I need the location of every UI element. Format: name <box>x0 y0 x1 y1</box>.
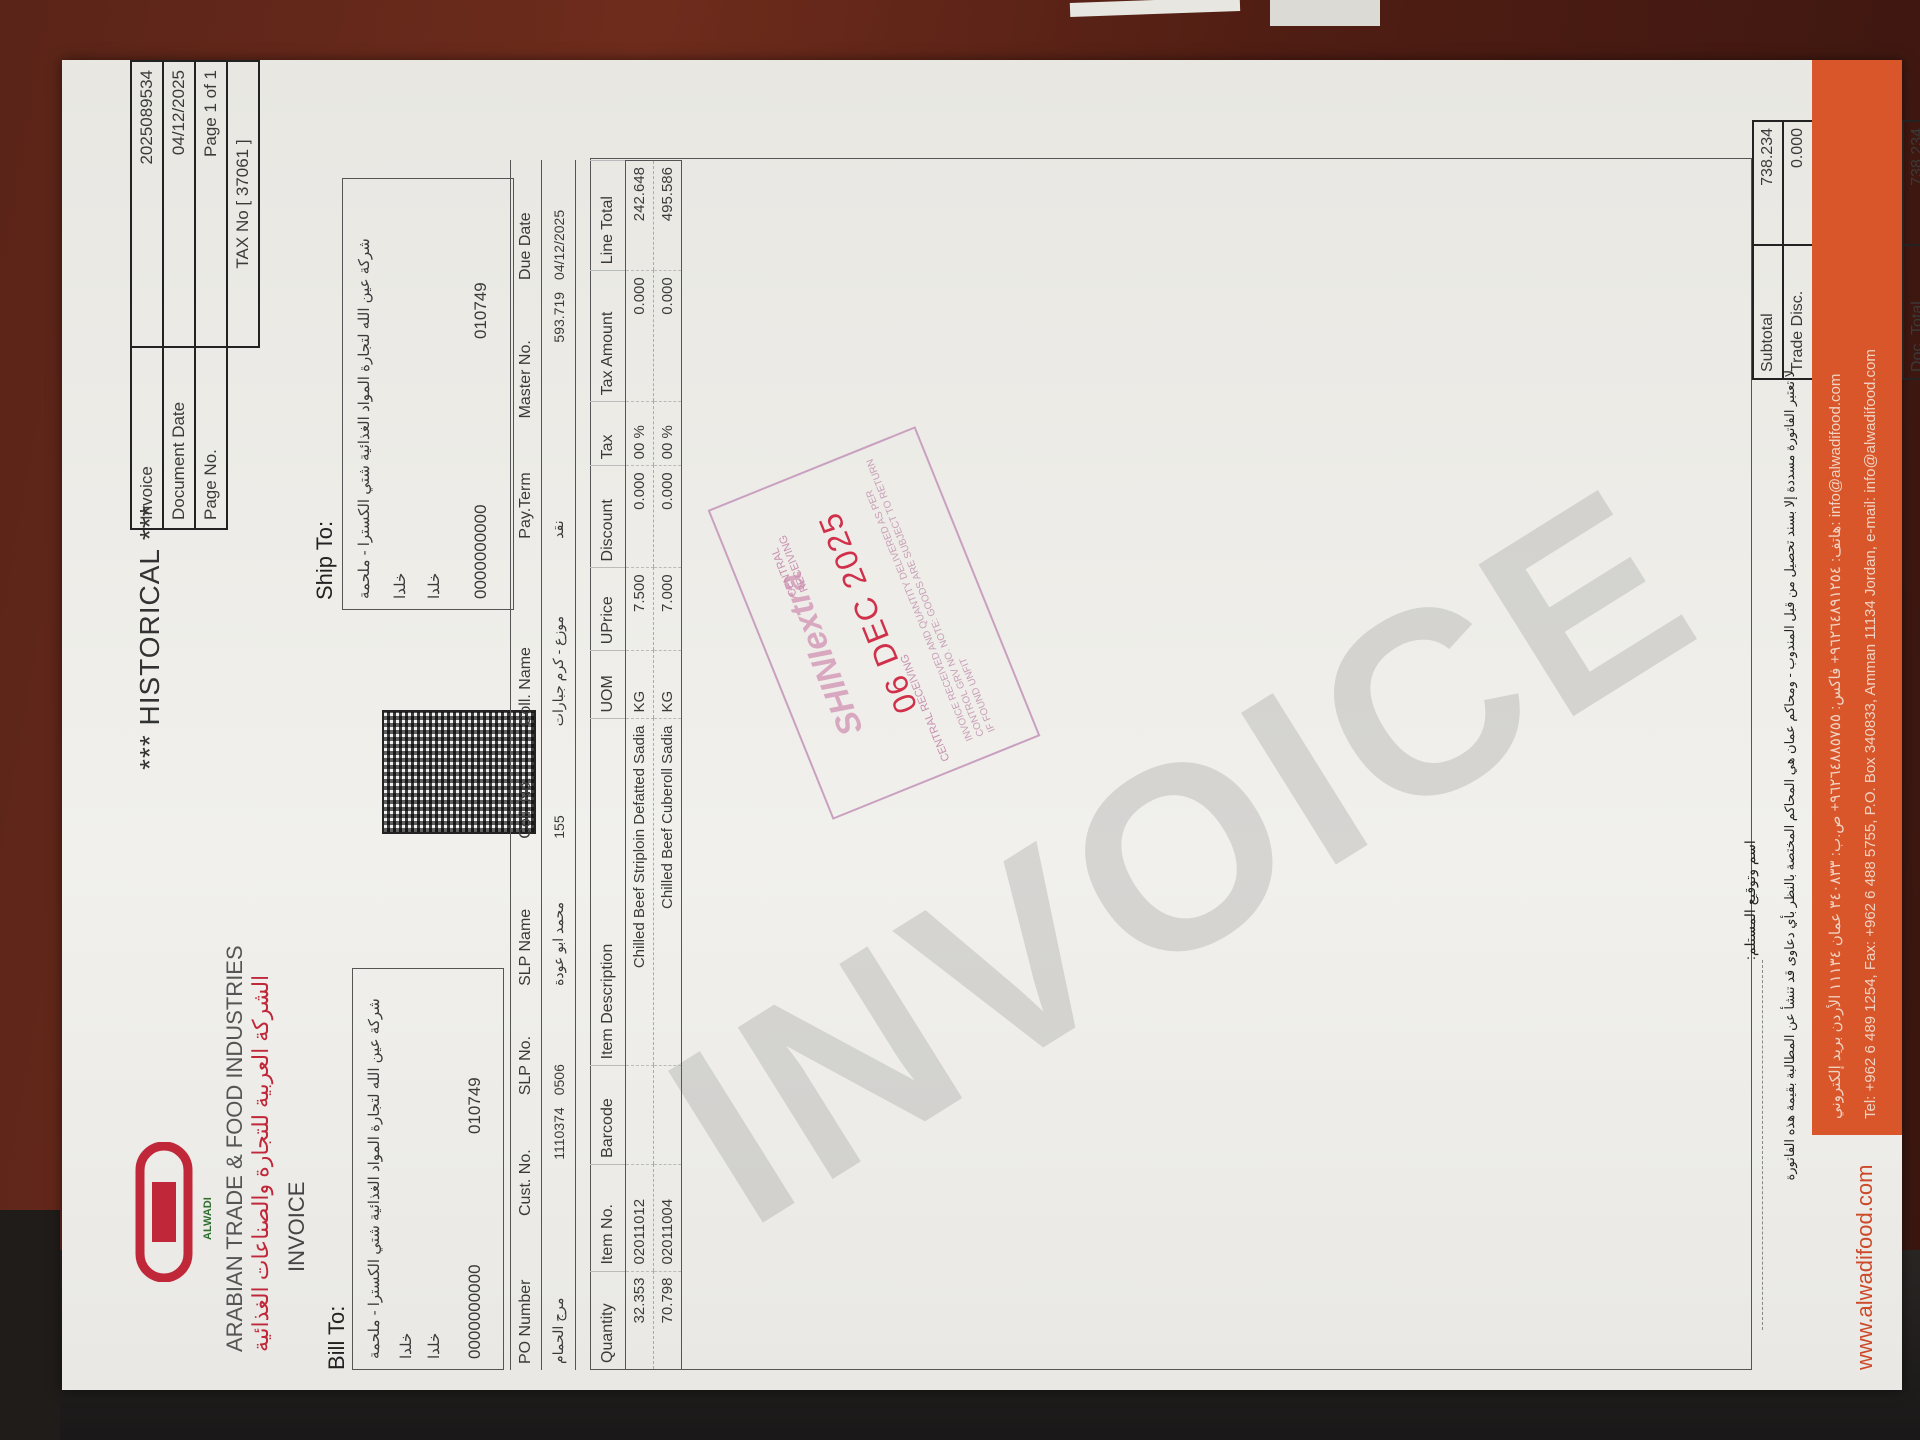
totals-row: Trade Disc.0.000 <box>1783 121 1813 379</box>
disclaimer: لا تعتبر الفاتورة مسددة إلا بسند تحصيل م… <box>1782 370 1798 1370</box>
paper-scrap <box>1070 0 1240 17</box>
item-cell: 7.000 <box>654 568 682 651</box>
item-cell: 7.500 <box>626 568 654 651</box>
table-row: 32.35302011012Chilled Beef Striploin Def… <box>626 161 654 1370</box>
invoice-photo: INVOICE ALWADI ARABIAN TRADE & FOOD INDU… <box>62 60 1902 1390</box>
info-header: Cust. No. <box>511 1101 542 1222</box>
info-value: 0506 <box>542 992 576 1101</box>
info-header: SLP Name <box>511 845 542 992</box>
totals-row: Subtotal738.234 <box>1753 121 1783 379</box>
info-value: مرج الحمام <box>542 1222 576 1370</box>
invoice-number: 2025089534 <box>131 61 163 347</box>
totals-label: Subtotal <box>1753 245 1783 379</box>
info-value: 593.719 <box>542 286 576 424</box>
tax-number: TAX No [ 37061 ] <box>227 61 259 347</box>
paper-scrap <box>1270 0 1380 26</box>
info-value: 04/12/2025 <box>542 160 576 286</box>
bill-to-box: شركة عين الله لتجارة المواد الغذائية شتي… <box>352 968 504 1370</box>
item-cell: 70.798 <box>654 1271 682 1369</box>
logo-subtitle: ALWADI <box>202 1197 214 1240</box>
ship-to-label: Ship To: <box>312 521 338 600</box>
item-cell: 0.000 <box>654 466 682 568</box>
bill-to-line2: خلدا <box>397 979 415 1359</box>
document-date: 04/12/2025 <box>163 61 195 347</box>
alwadi-logo-icon <box>132 1142 196 1282</box>
info-header: Master No. <box>511 286 542 424</box>
invoice-meta-table: Invoice 2025089534 Document Date 04/12/2… <box>130 60 260 530</box>
background-shadow <box>0 1210 60 1440</box>
table-row: 70.79802011004Chilled Beef Cuberoll Sadi… <box>654 161 682 1370</box>
item-cell: 242.648 <box>626 161 654 271</box>
info-header: SLP No. <box>511 992 542 1101</box>
item-cell: 02011012 <box>626 1164 654 1271</box>
item-cell <box>626 1066 654 1164</box>
ship-to-box: شركة عين الله لتجارة المواد الغذائية شتي… <box>342 178 514 610</box>
signature-line <box>1762 960 1763 1330</box>
item-cell: 0.000 <box>626 271 654 402</box>
ship-to-name: شركة عين الله لتجارة المواد الغذائية شتي… <box>355 189 373 599</box>
page-label: Page No. <box>195 347 227 529</box>
item-header: Item No. <box>591 1164 626 1271</box>
company-name-ar: الشركة العربية للتجارة والصناعات الغذائي… <box>248 975 274 1352</box>
info-value: 1110374 <box>542 1101 576 1222</box>
item-header: UOM <box>591 651 626 719</box>
info-header: Coll. No. <box>511 732 542 845</box>
bill-to-name: شركة عين الله لتجارة المواد الغذائية شتي… <box>365 979 383 1359</box>
info-header: Due Date <box>511 160 542 286</box>
item-cell: KG <box>654 651 682 719</box>
item-cell: 0.000 <box>626 466 654 568</box>
ship-to-line3: خلدا <box>425 219 443 599</box>
company-name-en: ARABIAN TRADE & FOOD INDUSTRIES <box>222 945 248 1352</box>
ship-to-account: 010749 <box>471 282 491 339</box>
item-cell: 32.353 <box>626 1271 654 1369</box>
bill-to-line3: خلدا <box>425 979 443 1359</box>
invoice-page: INVOICE ALWADI ARABIAN TRADE & FOOD INDU… <box>62 60 1902 1390</box>
item-header: Tax <box>591 402 626 466</box>
item-cell: Chilled Beef Cuberoll Sadia <box>654 719 682 1066</box>
item-cell: KG <box>626 651 654 719</box>
totals-row: Doc. Total738.234 <box>1903 121 1920 379</box>
document-title: INVOICE <box>284 1182 310 1272</box>
invoice-label: Invoice <box>131 347 163 529</box>
info-value: نقد <box>542 424 576 544</box>
item-cell: 00 % <box>626 402 654 466</box>
item-header: UPrice <box>591 568 626 651</box>
totals-label: Trade Disc. <box>1783 245 1813 379</box>
item-header: Tax Amount <box>591 271 626 402</box>
historical-banner: *** HISTORICAL *** <box>134 505 166 770</box>
bill-to-code: 0000000000 <box>465 1264 485 1359</box>
totals-value: 0.000 <box>1783 121 1813 245</box>
item-cell: 0.000 <box>654 271 682 402</box>
item-cell <box>654 1066 682 1164</box>
line-items-table: QuantityItem No.BarcodeItem DescriptionU… <box>590 160 682 1370</box>
item-header: Line Total <box>591 161 626 271</box>
ship-to-line2: خلدا <box>391 219 409 599</box>
info-header: Pay.Term <box>511 424 542 544</box>
document-date-label: Document Date <box>163 347 195 529</box>
ship-to-code: 0000000000 <box>471 504 491 599</box>
item-cell: 00 % <box>654 402 682 466</box>
totals-label: Doc. Total <box>1903 245 1920 379</box>
footer-contact-ar: هاتف: ٩٦٢٦٤٨٩١٢٥٤+ فاكس: ٩٦٢٦٤٨٨٥٧٥٥+ ص.… <box>1826 374 1844 1119</box>
item-cell: Chilled Beef Striploin Defatted Sadia <box>626 719 654 1066</box>
item-header: Discount <box>591 466 626 568</box>
info-value: 155 <box>542 732 576 845</box>
website-link: www.alwadifood.com <box>1852 1165 1878 1370</box>
bill-to-label: Bill To: <box>324 1306 350 1370</box>
item-header: Item Description <box>591 719 626 1066</box>
invoice-info-table: PO NumberCust. No.SLP No.SLP NameColl. N… <box>510 160 576 1370</box>
info-header: PO Number <box>511 1222 542 1370</box>
item-header: Barcode <box>591 1066 626 1164</box>
bill-to-account: 010749 <box>465 1077 485 1134</box>
totals-value: 738.234 <box>1903 121 1920 245</box>
signature-label: اسم وتوقيع المستلم: <box>1742 840 1759 960</box>
page-number: Page 1 of 1 <box>195 61 227 347</box>
info-value: موزع - كرم جبارات <box>542 545 576 733</box>
totals-value: 738.234 <box>1753 121 1783 245</box>
info-header: Coll. Name <box>511 545 542 733</box>
item-header: Quantity <box>591 1271 626 1369</box>
items-area <box>590 158 1752 1370</box>
item-cell: 495.586 <box>654 161 682 271</box>
footer-contact-en: Tel: +962 6 489 1254, Fax: +962 6 488 57… <box>1862 349 1879 1119</box>
info-value: محمد ابو عودة <box>542 845 576 992</box>
item-cell: 02011004 <box>654 1164 682 1271</box>
footer-contact-band: هاتف: ٩٦٢٦٤٨٩١٢٥٤+ فاكس: ٩٦٢٦٤٨٨٥٧٥٥+ ص.… <box>1812 60 1902 1135</box>
